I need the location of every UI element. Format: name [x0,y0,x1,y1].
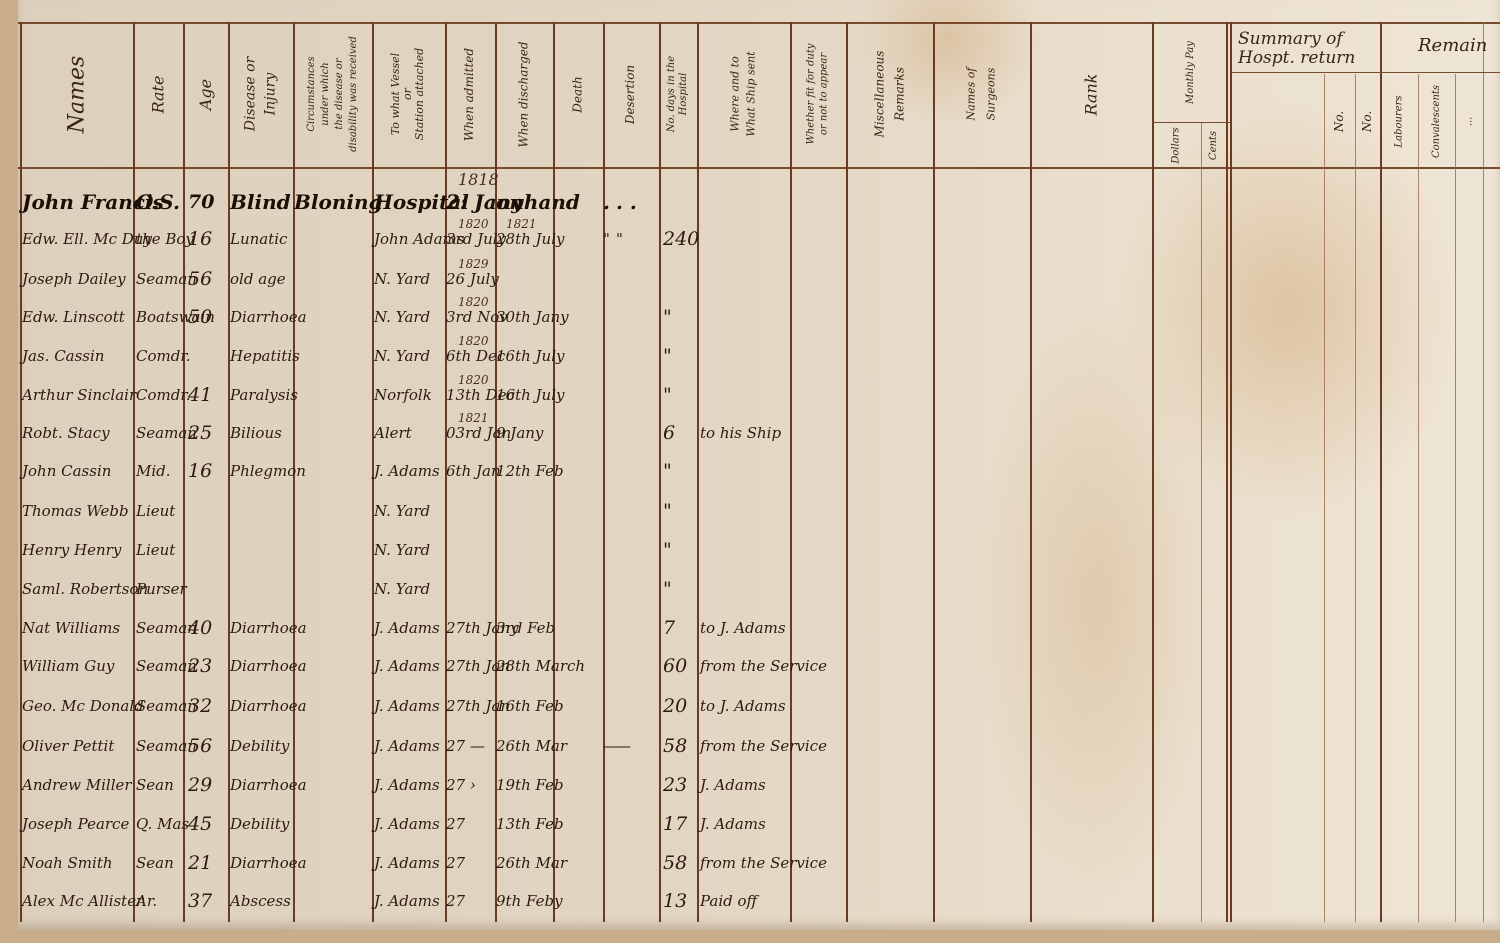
row-desertion: . . [616,193,637,211]
row-vessel: N. Yard [374,347,430,365]
pay-sub-rule [1152,122,1230,123]
row-age: 16 [188,230,212,248]
row-rate: Lieut [136,541,175,559]
row-age: 50 [188,308,212,326]
row-discharged: onhand [496,193,580,211]
admitted-year: 1821 [458,409,489,427]
row-age: 29 [188,776,212,794]
row-vessel: Norfolk [374,386,432,404]
row-where-sent: to his Ship [700,424,781,442]
row-rate: Mid. [136,462,171,480]
row-days: " [663,580,672,598]
row-name: Andrew Miller [22,776,132,794]
row-rate: the Boy [136,230,194,248]
header-monthly-pay: Monthly Pay [1152,24,1230,120]
row-where-sent: to J. Adams [700,697,786,715]
header-vessel: To what Vessel or Station attached [372,24,445,164]
rule [1230,22,1232,922]
row-vessel: Alert [374,424,412,442]
row-days: 23 [663,776,687,794]
row-discharged: 26th Mar [496,737,567,755]
row-name: Edw. Linscott [22,308,125,326]
header-rate: Rate [133,24,183,164]
row-disease: Debility [230,737,289,755]
row-desertion: " [616,230,623,248]
row-discharged: 3rd Feb [496,619,555,637]
row-disease: Diarrhoea [230,308,307,326]
row-name: John Cassin [22,462,111,480]
row-discharged: 30th Jany [496,308,569,326]
rule [1226,22,1228,922]
header-summary: Summary of Hospt. return [1238,30,1378,68]
row-admitted: 27 [446,854,465,872]
header-discharged: When discharged [495,24,553,164]
row-days: 58 [663,737,687,755]
discharged-year: 1821 [506,215,537,233]
row-age: 70 [188,193,214,211]
row-name: Joseph Pearce [22,815,129,833]
row-rate: Ar. [136,892,157,910]
row-days: 13 [663,892,687,910]
row-vessel: J. Adams [374,737,440,755]
summary-sub-rule [1230,72,1500,73]
row-days: " [663,386,672,404]
row-admitted: 6th Jan [446,462,501,480]
row-discharged: 16th July [496,386,565,404]
row-days: 17 [663,815,687,833]
row-vessel: J. Adams [374,657,440,675]
row-name: Noah Smith [22,854,113,872]
row-rate: O.S. [136,193,180,211]
row-vessel: J. Adams [374,776,440,794]
row-admitted: 27 [446,815,465,833]
header-bottom-rule [18,167,1500,169]
row-days: 240 [663,230,699,248]
row-rate: Comdr. [136,347,191,365]
row-vessel: N. Yard [374,580,430,598]
row-rate: Sean [136,854,174,872]
row-days: " [663,308,672,326]
row-where-sent: from the Service [700,854,820,872]
row-admitted: 27 [446,892,465,910]
rule [1201,122,1202,922]
row-days: " [663,502,672,520]
rule [1324,74,1325,922]
row-vessel: N. Yard [374,502,430,520]
header-no2: No. [1355,76,1380,166]
header-surgeon: Names of Surgeons [933,24,1030,164]
row-vessel: J. Adams [374,815,440,833]
header-where-sent: Where and to What Ship sent [697,24,790,164]
row-disease: Lunatic [230,230,287,248]
row-desertion: — [616,737,631,755]
row-discharged: 19th Feb [496,776,564,794]
row-rate: Comdr. [136,386,191,404]
row-days: 6 [663,424,675,442]
row-name: Henry Henry [22,541,121,559]
header-rank: Rank [1030,24,1152,164]
row-rate: Q. Mas [136,815,189,833]
header-death: Death [553,24,603,164]
row-name: Arthur Sinclair [22,386,136,404]
row-name: Nat Williams [22,619,120,637]
row-name: Joseph Dailey [22,270,126,288]
row-name: Saml. Robertson [22,580,148,598]
row-name: Jas. Cassin [22,347,104,365]
header-days: No. days in the Hospital [659,24,697,164]
header-remain-other: ... [1455,76,1483,166]
row-discharged: 26th Mar [496,854,567,872]
header-remain-convalescents: Convalescents [1418,76,1455,166]
row-age: 23 [188,657,212,675]
row-name: Oliver Pettit [22,737,114,755]
header-remain: Remain [1418,36,1487,55]
row-where-sent: from the Service [700,737,820,755]
row-where-sent: Paid off [700,892,757,910]
row-vessel: J. Adams [374,854,440,872]
header-disease: Disease or Injury [228,24,293,164]
row-age: 40 [188,619,212,637]
row-age: 45 [188,815,212,833]
row-disease: Blind [230,193,291,211]
admitted-year: 1820 [458,215,489,233]
row-disease: Hepatitis [230,347,300,365]
row-days: 58 [663,854,687,872]
admitted-year: 1820 [458,371,489,389]
header-remain-labourers: Labourers [1380,76,1418,166]
row-disease: Phlegmon [230,462,306,480]
header-circumstances: Circumstances under which the disease or… [293,24,372,164]
row-disease: Paralysis [230,386,298,404]
header-names: Names [20,24,133,164]
rule [1483,22,1484,922]
header-fit-duty: Whether fit for duty or not to appear [790,24,846,164]
admitted-year: 1818 [458,171,499,189]
header-desertion: Desertion [603,24,659,164]
row-name: Robt. Stacy [22,424,110,442]
row-vessel: J. Adams [374,892,440,910]
row-rate: Lieut [136,502,175,520]
row-discharged: 12th Feb [496,462,564,480]
row-age: 32 [188,697,212,715]
admitted-year: 1820 [458,332,489,350]
row-age: 56 [188,270,212,288]
row-death: " [603,230,610,248]
row-days: 20 [663,697,687,715]
row-name: Alex Mc Allister [22,892,143,910]
row-vessel: N. Yard [374,270,430,288]
row-disease: old age [230,270,286,288]
row-rate: Sean [136,776,174,794]
row-days: 7 [663,619,675,637]
row-where-sent: to J. Adams [700,619,786,637]
row-disease: Diarrhoea [230,619,307,637]
row-admitted: 27 › [446,776,476,794]
row-age: 56 [188,737,212,755]
row-age: 41 [188,386,212,404]
row-vessel: J. Adams [374,619,440,637]
row-where-sent: J. Adams [700,815,766,833]
row-where-sent: from the Service [700,657,820,675]
rule [1355,74,1356,922]
row-disease: Diarrhoea [230,697,307,715]
row-vessel: N. Yard [374,308,430,326]
row-disease: Bilious [230,424,282,442]
row-vessel: J. Adams [374,462,440,480]
row-circumstances: Bloning [294,193,383,211]
row-discharged: 9 Jany [496,424,543,442]
header-age: Age [183,24,228,164]
ledger-page: Names Rate Age Disease or Injury Circums… [18,0,1500,930]
row-discharged: 16th Feb [496,697,564,715]
row-admitted: 27 — [446,737,485,755]
admitted-year: 1829 [458,255,489,273]
header-no1: No. [1324,76,1355,166]
row-disease: Diarrhoea [230,776,307,794]
header-admitted: When admitted [445,24,495,164]
row-disease: Diarrhoea [230,657,307,675]
row-discharged: 28th March [496,657,582,675]
header-remarks: Miscellaneous Remarks [846,24,933,164]
admitted-year: 1820 [458,293,489,311]
row-death: . [603,193,610,211]
row-discharged: 16th July [496,347,565,365]
row-vessel: N. Yard [374,541,430,559]
row-age: 21 [188,854,212,872]
row-name: Edw. Ell. Mc Duy [22,230,152,248]
row-age: 37 [188,892,212,910]
row-disease: Diarrhoea [230,854,307,872]
row-where-sent: J. Adams [700,776,766,794]
row-vessel: J. Adams [374,697,440,715]
row-name: Geo. Mc Donald [22,697,144,715]
row-rate: Purser [136,580,187,598]
row-disease: Debility [230,815,289,833]
row-age: 25 [188,424,212,442]
rule [1418,74,1419,922]
row-discharged: 9th Feby [496,892,563,910]
row-name: Thomas Webb [22,502,129,520]
header-pay-cents: Cents [1201,124,1226,166]
row-name: William Guy [22,657,114,675]
header-pay-dollars: Dollars [1152,124,1201,166]
row-discharged: 13th Feb [496,815,564,833]
row-age: 16 [188,462,212,480]
rule [1455,74,1456,922]
row-disease: Abscess [230,892,291,910]
row-days: " [663,347,672,365]
row-days: " [663,462,672,480]
row-days: " [663,541,672,559]
row-days: 60 [663,657,687,675]
